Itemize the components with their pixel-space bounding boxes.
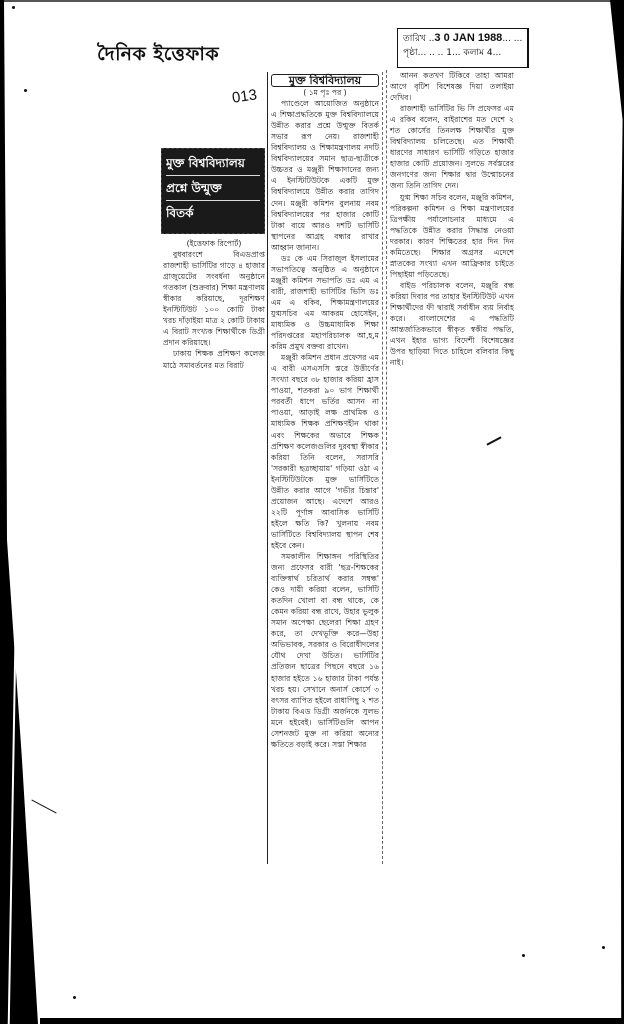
stamp-date-label: তারিখ [403,34,426,44]
paragraph: সমকালীন শিক্ষাঙ্গন পরিস্থিতির জন্য প্রফে… [271,551,379,750]
scan-top-edge [0,0,624,2]
paragraph: বুধবারংশে বিএডপ্রাপ্ত রাজশাহী ভার্সিটির … [163,249,265,348]
date-stamp: তারিখ ..3 0 JAN 1988... ... পৃষ্ঠা... ..… [397,28,529,68]
headline-line: প্রশ্নে উন্মুক্ত [166,176,260,201]
paragraph: প্যাণ্ডেলে আয়োজিত অনুষ্ঠানে এ শিক্ষাপ্র… [271,98,379,253]
scan-left-edge [0,0,40,1024]
stamp-date-value: 3 0 JAN 1988 [434,32,502,44]
continued-subhead: মুক্ত বিশ্ববিদ্যালয় [271,74,379,87]
scan-right-edge [610,0,624,1024]
paragraph: ঢাকায় শিক্ষক প্রশিক্ষণ কলেজ মাঠে সমাবর্… [163,348,265,368]
article-column-1: (ইত্তেফাক রিপোর্ট) বুধবারংশে বিএডপ্রাপ্ত… [163,238,265,368]
scan-speck [602,946,605,949]
article-column-2: মুক্ত বিশ্ববিদ্যালয় ( ১ম পৃঃ পর ) প্যাণ… [267,72,383,864]
continued-from-note: ( ১ম পৃঃ পর ) [271,87,379,98]
newspaper-masthead: দৈনিক ইত্তেফাক [97,40,219,72]
stamp-column-label: কলাম [463,48,484,58]
paragraph: রাজশাহী ভার্সিটির ভি সি প্রফেসর এম এ রকি… [390,103,514,191]
pen-mark [31,799,56,813]
stamp-page-row: পৃষ্ঠা... .. .. 1... কলাম 4... [403,46,522,60]
paragraph: আনন কতখণ টিকিবে তাহা আমরা আগে বৃটিশ বিশে… [390,70,514,103]
article-column-3: আনন কতখণ টিকিবে তাহা আমরা আগে বৃটিশ বিশে… [386,70,514,450]
stamp-page-label: পৃষ্ঠা [403,48,418,58]
paragraph: ডঃ কে এম সিরাজুল ইসলামের সভাপতিত্বে অনুষ… [271,253,379,352]
scan-speck [24,89,27,92]
scan-bottom-edge [40,1018,624,1024]
headline-line: মুক্ত বিশ্ববিদ্যালয় [166,151,260,176]
paragraph: যুগ্ম শিক্ষা সচিব বলেন, মঞ্জুরি কমিশন, প… [390,192,514,280]
scan-speck [522,954,525,957]
scan-speck [73,996,76,999]
paragraph: বাইড পরিচালক বলেন, মঞ্জুরি বন্ধ করিয়া দ… [390,280,514,368]
page-number-mark: 013 [231,86,258,106]
headline-box: মুক্ত বিশ্ববিদ্যালয় প্রশ্নে উন্মুক্ত বি… [161,148,265,234]
stamp-date-row: তারিখ ..3 0 JAN 1988... ... [403,31,522,46]
paragraph: মঞ্জুরী কমিশন প্রধান প্রফেসর এম এ বারী এ… [271,352,379,551]
scan-speck [12,6,15,9]
byline: (ইত্তেফাক রিপোর্ট) [163,238,265,249]
headline-line: বিতর্ক [166,201,260,225]
